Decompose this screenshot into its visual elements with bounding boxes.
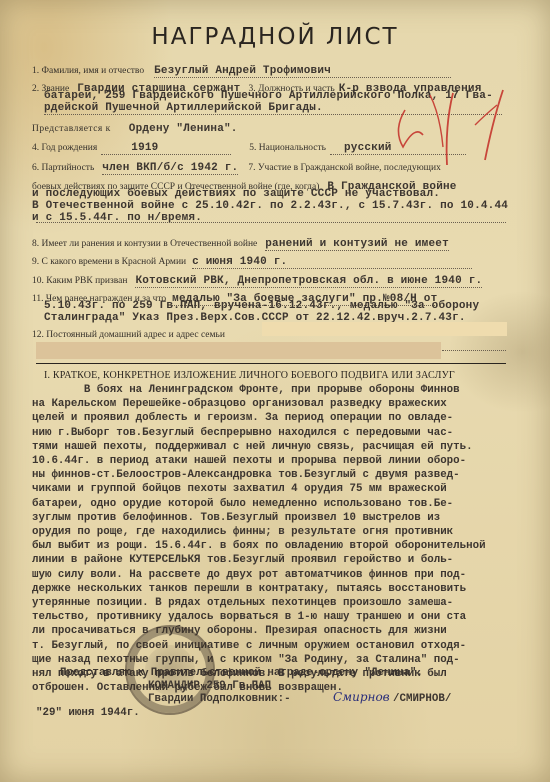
field-value-cont: 5.10.43г. по 259 Гв.ПАП, вручена-16.12.4… [44,300,514,312]
field-wounds: 8. Имеет ли ранения и контузии в Отечест… [32,233,502,251]
field-label: 9. С какого времени в Красной Армии [32,257,186,267]
narrative-text: В боях на Ленинградском Фронте, при прор… [32,383,512,695]
field-value: 1919 [101,142,231,155]
section-title: I. КРАТКОЕ, КОНКРЕТНОЕ ИЗЛОЖЕНИЕ ЛИЧНОГО… [44,370,455,381]
field-army-since: 9. С какого времени в Красной Армии с ию… [32,251,502,269]
field-label: Представляется к [32,124,111,134]
field-label: 6. Партийность [32,163,94,173]
red-pencil-mark-icon [385,85,515,170]
field-label: 5. Национальность [249,143,326,153]
field-full-name: 1. Фамилия, имя и отчество Безуглый Андр… [32,60,502,78]
field-label: 1. Фамилия, имя и отчество [32,66,144,76]
commander-name: /СМИРНОВ/ [393,692,493,706]
dotted-line [442,350,506,351]
field-value-cont: и последующих боевых действиях по защите… [32,188,502,200]
field-value: ранений и контузий не имеет [265,238,449,251]
divider [36,222,506,223]
field-label: 4. Год рождения [32,143,97,153]
field-value: Котовский РВК, Днепропетровская обл. в и… [135,275,482,288]
field-value: Ордену "Ленина". [129,123,238,135]
field-value: с июня 1940 г. [192,256,472,269]
section-divider [36,363,506,364]
field-label: 8. Имеет ли ранения и контузии в Отечест… [32,239,257,249]
field-label: 12. Постоянный домашний адрес и адрес се… [32,330,225,340]
commander-signature: Смирнов [333,690,390,704]
redacted-area [262,322,507,336]
redacted-area [36,342,441,359]
field-conscription: 10. Каким РВК призван Котовский РВК, Дне… [32,270,502,288]
commander-rank: Гвардии Подполковник:- [148,692,348,706]
document-title: НАГРАДНОЙ ЛИСТ [0,24,550,50]
field-value-cont: В Отечественной войне с 25.10.42г. по 2.… [32,200,502,212]
field-value: Безуглый Андрей Трофимович [154,65,451,78]
field-value: член ВКП/б/с 1942 г. [102,162,238,175]
field-label: 10. Каким РВК призван [32,276,127,286]
document-date: "29" июня 1944г. [36,706,236,720]
